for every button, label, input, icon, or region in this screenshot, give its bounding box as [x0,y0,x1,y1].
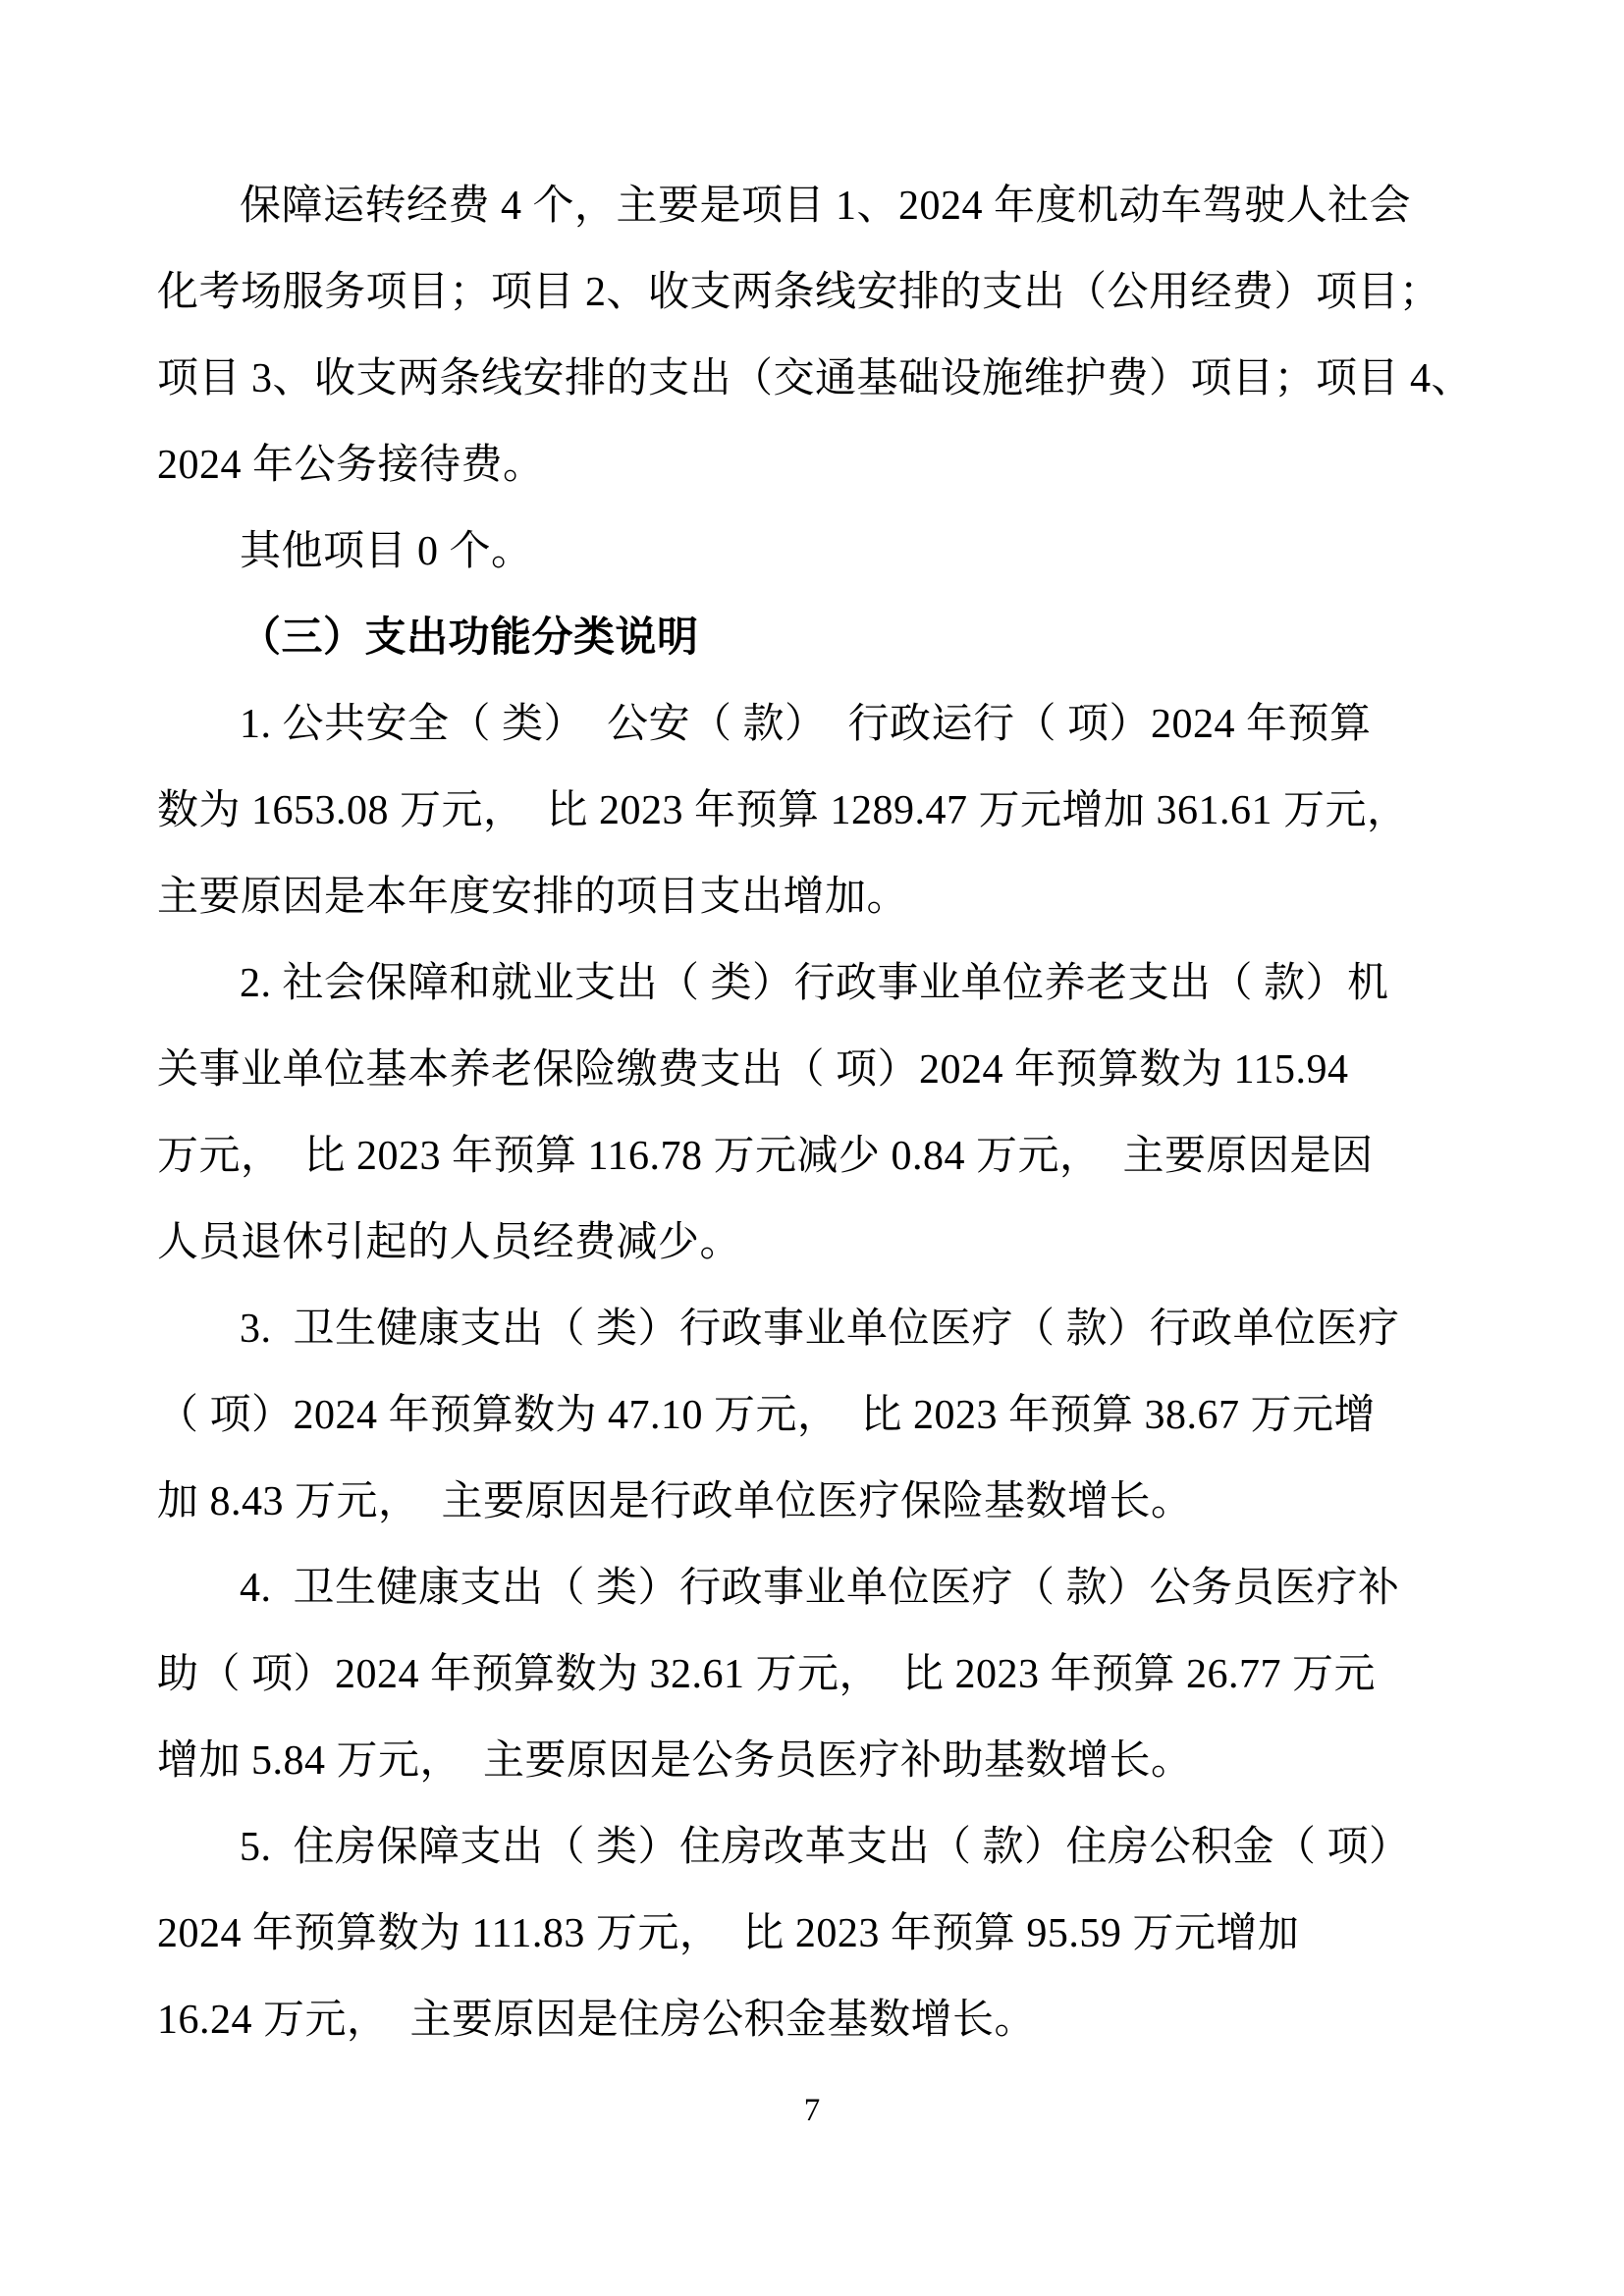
text-line: 1. 公共安全（ 类） 公安（ 款） 行政运行（ 项）2024 年预算 [157,681,1481,768]
text-line: 2024 年预算数为 111.83 万元， 比 2023 年预算 95.59 万… [157,1891,1481,1977]
page-number: 7 [0,2089,1624,2132]
text-line: 主要原因是本年度安排的项目支出增加。 [157,854,1481,940]
section-heading: （三）支出功能分类说明 [157,595,1481,681]
text-line: 助（ 项）2024 年预算数为 32.61 万元， 比 2023 年预算 26.… [157,1631,1481,1718]
text-line: （ 项）2024 年预算数为 47.10 万元， 比 2023 年预算 38.6… [157,1372,1481,1459]
document-body: 保障运转经费 4 个，主要是项目 1、2024 年度机动车驾驶人社会化考场服务项… [157,163,1481,2063]
text-line: 加 8.43 万元， 主要原因是行政单位医疗保险基数增长。 [157,1459,1481,1545]
text-line: 人员退休引起的人员经费减少。 [157,1200,1481,1286]
text-line: 保障运转经费 4 个，主要是项目 1、2024 年度机动车驾驶人社会 [157,163,1481,249]
text-line: 2. 社会保障和就业支出（ 类）行政事业单位养老支出（ 款）机 [157,940,1481,1027]
document-page: 保障运转经费 4 个，主要是项目 1、2024 年度机动车驾驶人社会化考场服务项… [0,0,1624,2296]
text-line: 2024 年公务接待费。 [157,422,1481,508]
text-line: 增加 5.84 万元， 主要原因是公务员医疗补助基数增长。 [157,1718,1481,1804]
text-line: 3. 卫生健康支出（ 类）行政事业单位医疗（ 款）行政单位医疗 [157,1286,1481,1372]
text-line: 4. 卫生健康支出（ 类）行政事业单位医疗（ 款）公务员医疗补 [157,1545,1481,1631]
text-line: 关事业单位基本养老保险缴费支出（ 项）2024 年预算数为 115.94 [157,1027,1481,1113]
text-line: 其他项目 0 个。 [157,508,1481,595]
text-line: 项目 3、收支两条线安排的支出（交通基础设施维护费）项目；项目 4、 [157,336,1481,422]
text-line: 万元， 比 2023 年预算 116.78 万元减少 0.84 万元， 主要原因… [157,1113,1481,1200]
text-line: 化考场服务项目；项目 2、收支两条线安排的支出（公用经费）项目； [157,249,1481,336]
text-line: 16.24 万元， 主要原因是住房公积金基数增长。 [157,1977,1481,2063]
text-line: 5. 住房保障支出（ 类）住房改革支出（ 款）住房公积金（ 项） [157,1804,1481,1891]
text-line: 数为 1653.08 万元， 比 2023 年预算 1289.47 万元增加 3… [157,768,1481,854]
